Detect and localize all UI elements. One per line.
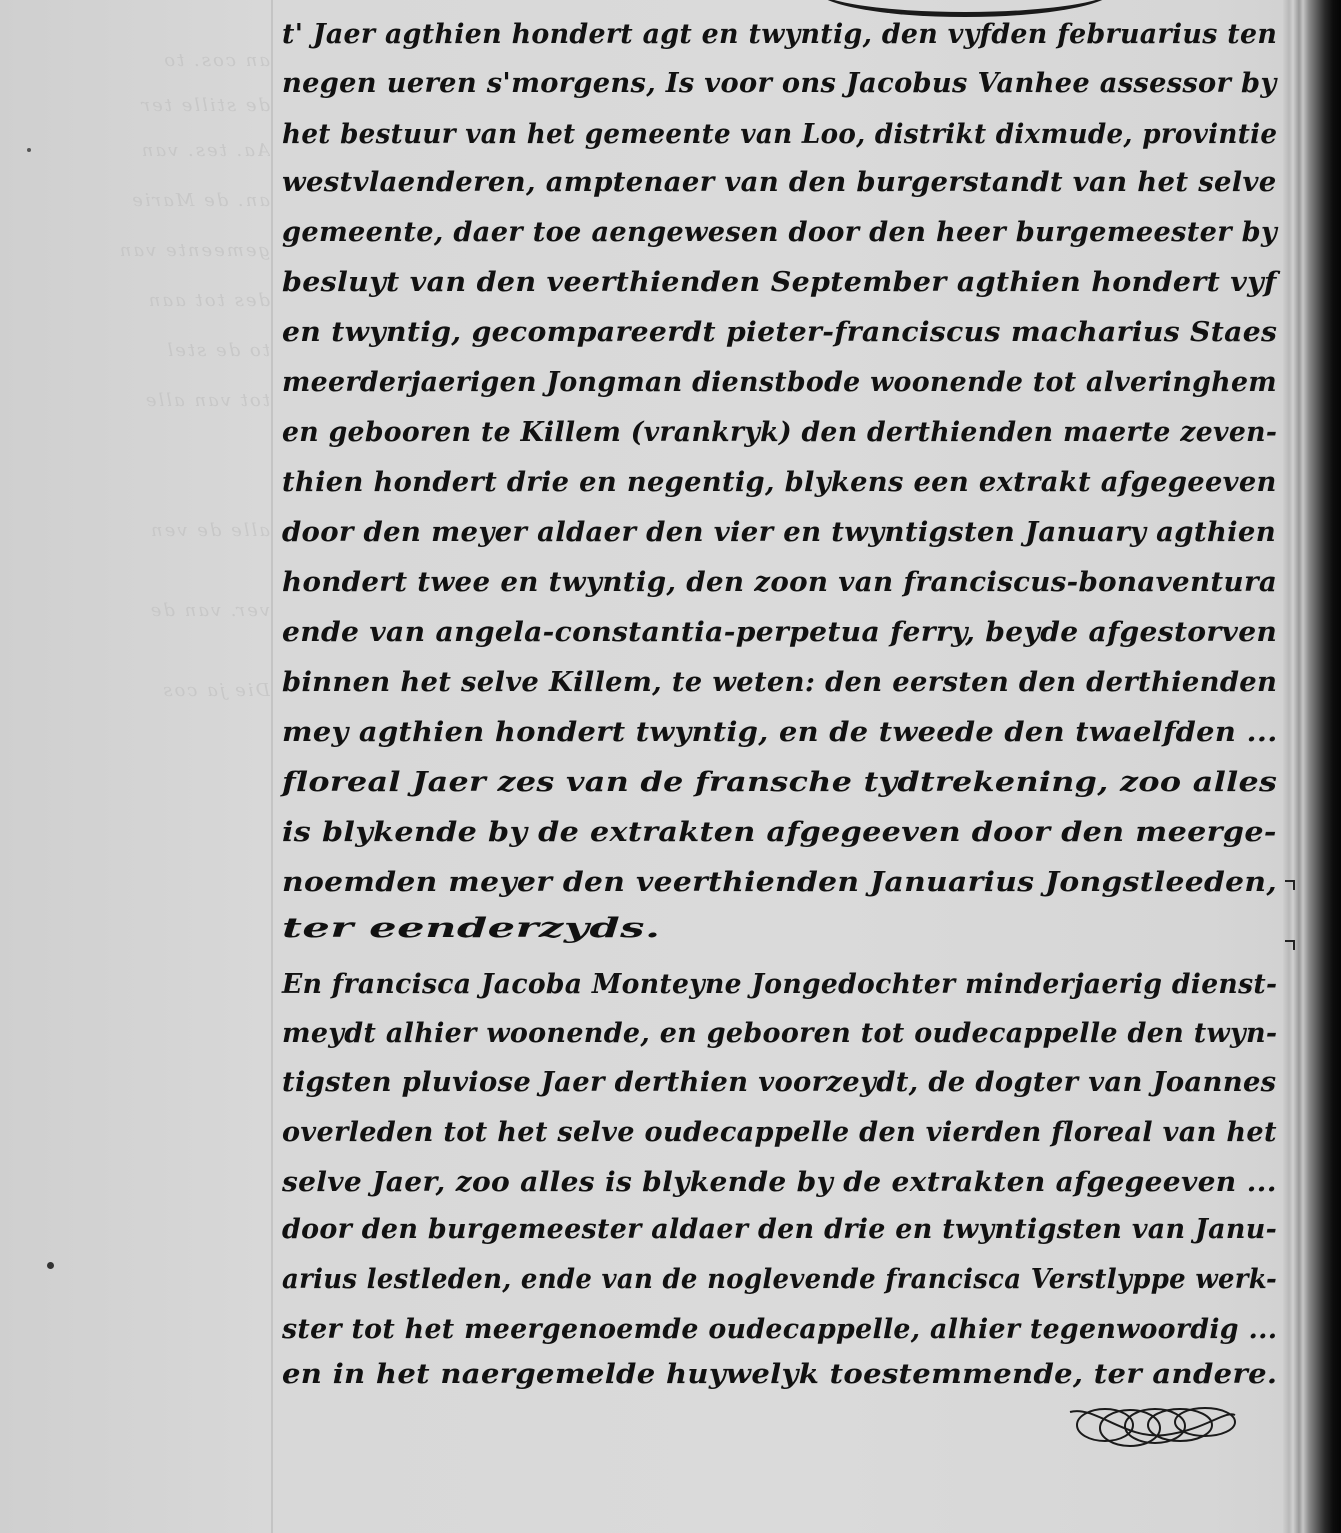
text-line: door den meyer aldaer den vier en twynti… (282, 516, 1276, 550)
text-line: is blykende by de extrakten afgegeeven d… (282, 816, 1277, 850)
bleedthrough-text: ver. van de (40, 600, 270, 610)
text-line: ende van angela-constantia-perpetua ferr… (282, 616, 1277, 650)
margin-rule (271, 0, 273, 1533)
bleedthrough-text: to de stel (40, 340, 270, 350)
signature-flourish-icon (1065, 1400, 1245, 1460)
text-line: en in het naergemelde huywelyk toestemme… (282, 1358, 1277, 1392)
bleedthrough-text: an. de Marie (40, 190, 270, 200)
text-line: mey agthien hondert twyntig, en de tweed… (282, 716, 1278, 750)
bleedthrough-text: gemeente van (40, 240, 270, 250)
ink-dot (47, 1262, 54, 1269)
ink-dot (27, 148, 31, 152)
text-line: floreal Jaer zes van de fransche tydtrek… (282, 766, 1277, 800)
bleedthrough-text: alle de ven (40, 520, 270, 530)
text-line: binnen het selve Killem, te weten: den e… (282, 666, 1277, 700)
text-line: door den burgemeester aldaer den drie en… (282, 1213, 1277, 1247)
bleedthrough-text: de stille ter (40, 95, 270, 105)
text-line: En francisca Jacoba Monteyne Jongedochte… (282, 968, 1277, 1002)
scanned-page: an cos. to de stille ter Aa. tes. van an… (0, 0, 1341, 1533)
bleedthrough-text: Aa. tes. van (40, 140, 270, 150)
text-line: tigsten pluviose Jaer derthien voorzeydt… (282, 1066, 1276, 1100)
handwritten-text-block: t' Jaer agthien hondert agt en twyntig, … (282, 0, 1292, 1533)
text-line: meydt alhier woonende, en gebooren tot o… (282, 1017, 1277, 1051)
text-line: ster tot het meergenoemde oudecappelle, … (282, 1313, 1277, 1347)
text-line: westvlaenderen, amptenaer van den burger… (282, 166, 1277, 200)
text-line: ter eenderzyds. (282, 912, 660, 946)
binding-mark (1285, 880, 1295, 890)
text-line: negen ueren s'morgens, Is voor ons Jacob… (282, 67, 1277, 101)
text-line: en twyntig, gecompareerdt pieter-francis… (282, 316, 1277, 350)
text-line: gemeente, daer toe aengewesen door den h… (282, 216, 1277, 250)
binding-mark (1285, 940, 1295, 950)
left-margin-bleedthrough: an cos. to de stille ter Aa. tes. van an… (0, 0, 270, 1533)
text-line: hondert twee en twyntig, den zoon van fr… (282, 566, 1277, 600)
bleedthrough-text: Die ja cos (40, 680, 270, 690)
bleedthrough-text: des tot aan (40, 290, 270, 300)
bleedthrough-text: an cos. to (40, 50, 270, 60)
text-line: en gebooren te Killem (vrankryk) den der… (282, 416, 1277, 450)
text-line: arius lestleden, ende van de noglevende … (282, 1263, 1277, 1297)
text-line: selve Jaer, zoo alles is blykende by de … (282, 1166, 1277, 1200)
text-line: besluyt van den veerthienden September a… (282, 266, 1277, 300)
text-line: thien hondert drie en negentig, blykens … (282, 466, 1277, 500)
text-line: het bestuur van het gemeente van Loo, di… (282, 118, 1277, 152)
text-line: meerderjaerigen Jongman dienstbode woone… (282, 366, 1277, 400)
text-line: t' Jaer agthien hondert agt en twyntig, … (282, 18, 1277, 52)
text-line: noemden meyer den veerthienden Januarius… (282, 866, 1277, 900)
bleedthrough-text: tot van alle (40, 390, 270, 400)
text-line: overleden tot het selve oudecappelle den… (282, 1116, 1277, 1150)
book-binding-edge (1283, 0, 1341, 1533)
